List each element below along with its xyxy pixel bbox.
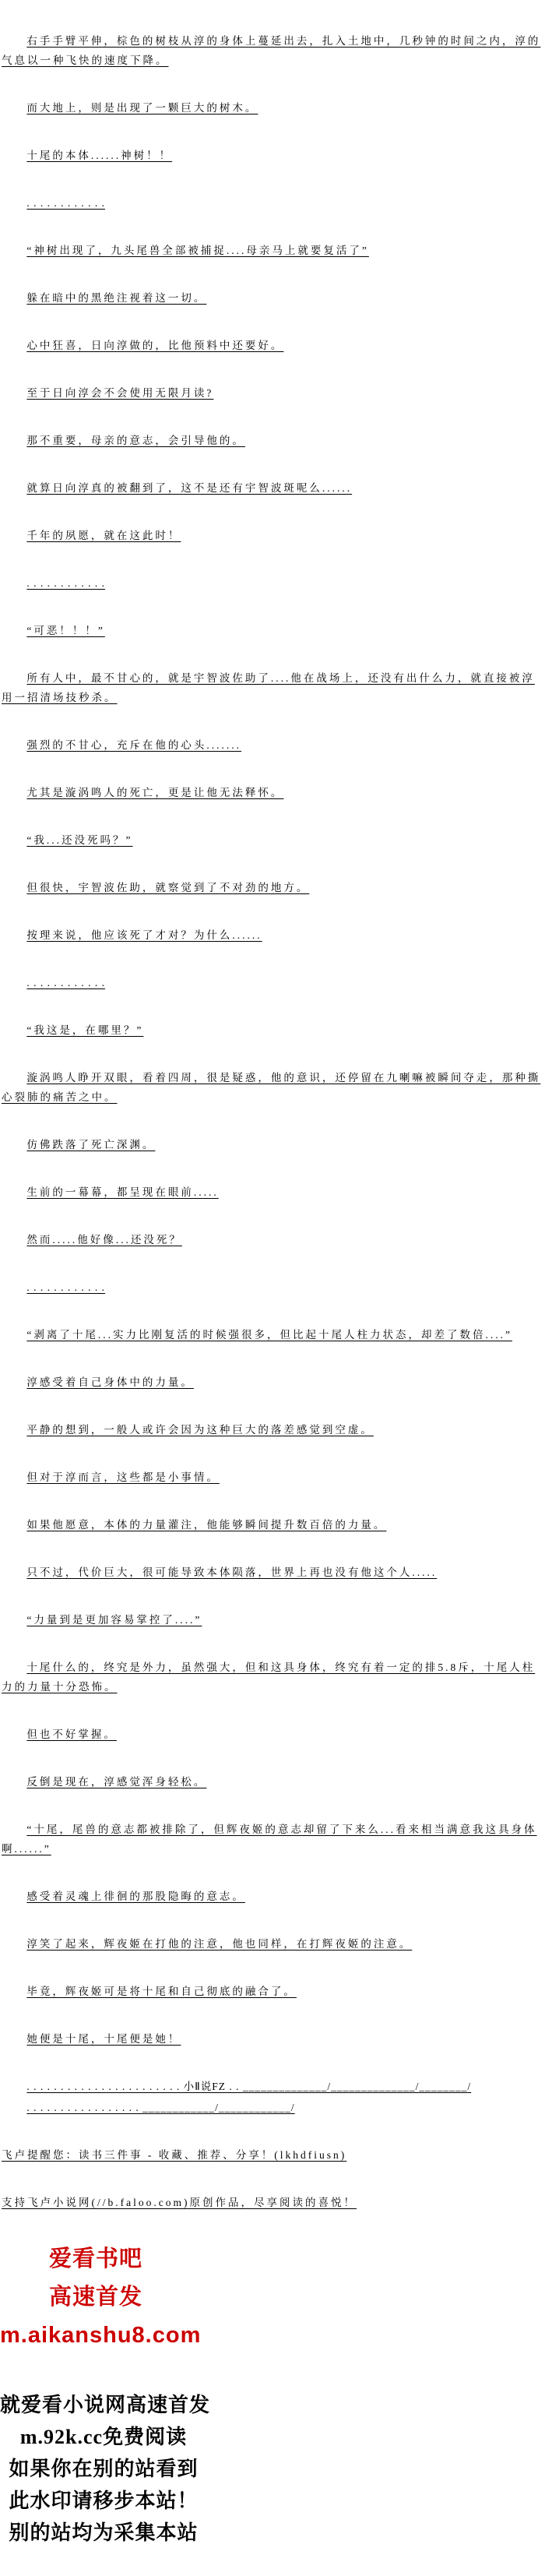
site-promo: 爱看书吧 高速首发 m.aikanshu8.com	[0, 2240, 192, 2355]
paragraph: 漩涡鸣人睁开双眼，看着四周，很是疑惑，他的意识，还停留在九喇嘛被瞬间夺走，那种撕…	[2, 1068, 543, 1107]
paragraph: 但对于淳而言，这些都是小事情。	[2, 1468, 543, 1487]
paragraph: 就算日向淳真的被翻到了，这不是还有宇智波斑呢么......	[2, 478, 543, 498]
paragraph: 尤其是漩涡鸣人的死亡，更是让他无法释怀。	[2, 783, 543, 802]
paragraph: “我...还没死吗？”	[2, 830, 543, 850]
paragraph: 躲在暗中的黑绝注视着这一切。	[2, 288, 543, 308]
watermark-block: 就爱看小说网高速首发 m.92k.cc免费阅读 如果你在别的站看到 此水印请移步…	[0, 2389, 207, 2549]
paragraph: 淳感受着自己身体中的力量。	[2, 1373, 543, 1392]
paragraph: 她便是十尾，十尾便是她！	[2, 2029, 543, 2049]
chapter-text: 右手手臂平伸，棕色的树枝从淳的身体上蔓延出去，扎入土地中，几秒钟的时间之内，淳的…	[0, 0, 545, 2212]
paragraph: 感受着灵魂上徘徊的那股隐晦的意志。	[2, 1887, 543, 1906]
paragraph: 右手手臂平伸，棕色的树枝从淳的身体上蔓延出去，扎入土地中，几秒钟的时间之内，淳的…	[2, 31, 543, 70]
watermark-line: m.92k.cc免费阅读	[0, 2421, 207, 2453]
paragraph: . . . . . . . . . . . . . . . . . . . . …	[2, 2077, 543, 2096]
paragraph: 如果他愿意，本体的力量灌注，他能够瞬间提升数百倍的力量。	[2, 1515, 543, 1535]
watermark-line: 如果你在别的站看到	[0, 2453, 207, 2485]
paragraph: 飞卢提醒您：读书三件事 - 收藏、推荐、分享！(lkhdfiusn)	[2, 2145, 543, 2165]
paragraph: “我这是，在哪里？”	[2, 1020, 543, 1040]
watermark-line: 此水印请移步本站！	[0, 2485, 207, 2517]
paragraph: 所有人中，最不甘心的，就是宇智波佐助了....他在战场上，还没有出什么力，就直接…	[2, 668, 543, 707]
paragraph: 千年的夙愿，就在这此时！	[2, 526, 543, 545]
paragraph: 按理来说，他应该死了才对？为什么......	[2, 925, 543, 945]
paragraph: 心中狂喜，日向淳做的，比他预料中还要好。	[2, 336, 543, 355]
paragraph: 强烈的不甘心，充斥在他的心头.......	[2, 735, 543, 755]
paragraph: 但很快，宇智波佐助，就察觉到了不对劲的地方。	[2, 878, 543, 897]
paragraph: 然而.....他好像...还没死？	[2, 1230, 543, 1249]
promo-tagline: 高速首发	[0, 2278, 192, 2317]
paragraph: . . . . . . . . . . . . . . . . . ______…	[2, 2098, 543, 2117]
paragraph: . . . . . . . . . . . .	[2, 193, 543, 213]
watermark-line: 别的站均为采集本站	[0, 2517, 207, 2549]
paragraph: “十尾，尾兽的意志都被排除了，但辉夜姬的意志却留了下来么...看来相当满意我这具…	[2, 1820, 543, 1859]
paragraph: “剥离了十尾...实力比刚复活的时候强很多，但比起十尾人柱力状态，却差了数倍..…	[2, 1325, 543, 1344]
paragraph: 而大地上，则是出现了一颗巨大的树木。	[2, 98, 543, 118]
paragraph: “神树出现了，九头尾兽全部被捕捉....母亲马上就要复活了”	[2, 241, 543, 260]
paragraph: 那不重要，母亲的意志，会引导他的。	[2, 431, 543, 450]
promo-site-name: 爱看书吧	[0, 2240, 192, 2278]
paragraph: . . . . . . . . . . . .	[2, 573, 543, 593]
paragraph: . . . . . . . . . . . .	[2, 973, 543, 992]
paragraph: “力量到是更加容易掌控了....”	[2, 1610, 543, 1630]
paragraph: 至于日向淳会不会使用无限月读?	[2, 383, 543, 403]
paragraph: 毕竟，辉夜姬可是将十尾和自己彻底的融合了。	[2, 1982, 543, 2001]
paragraph: 平静的想到，一般人或许会因为这种巨大的落差感觉到空虚。	[2, 1420, 543, 1440]
paragraph: 生前的一幕幕，都呈现在眼前.....	[2, 1182, 543, 1202]
paragraph: 十尾什么的，终究是外力，虽然强大，但和这具身体，终究有着一定的排5.8斥，十尾人…	[2, 1658, 543, 1697]
paragraph: “可恶！！！”	[2, 621, 543, 640]
paragraph: 但也不好掌握。	[2, 1725, 543, 1744]
watermark-line: 就爱看小说网高速首发	[0, 2389, 207, 2421]
promo-site-url: m.aikanshu8.com	[0, 2317, 192, 2355]
paragraph: 十尾的本体......神树！！	[2, 146, 543, 165]
paragraph: 反倒是现在，淳感觉浑身轻松。	[2, 1772, 543, 1792]
paragraph: 仿佛跌落了死亡深渊。	[2, 1135, 543, 1154]
paragraph: 支持飞卢小说网(//b.faloo.com)原创作品，尽享阅读的喜悦！	[2, 2193, 543, 2212]
novel-reader-page: 右手手臂平伸，棕色的树枝从淳的身体上蔓延出去，扎入土地中，几秒钟的时间之内，淳的…	[0, 0, 545, 2576]
paragraph: . . . . . . . . . . . .	[2, 1277, 543, 1297]
paragraph: 淳笑了起来，辉夜姬在打他的注意，他也同样，在打辉夜姬的注意。	[2, 1934, 543, 1954]
paragraph: 只不过，代价巨大，很可能导致本体陨落，世界上再也没有他这个人.....	[2, 1563, 543, 1582]
